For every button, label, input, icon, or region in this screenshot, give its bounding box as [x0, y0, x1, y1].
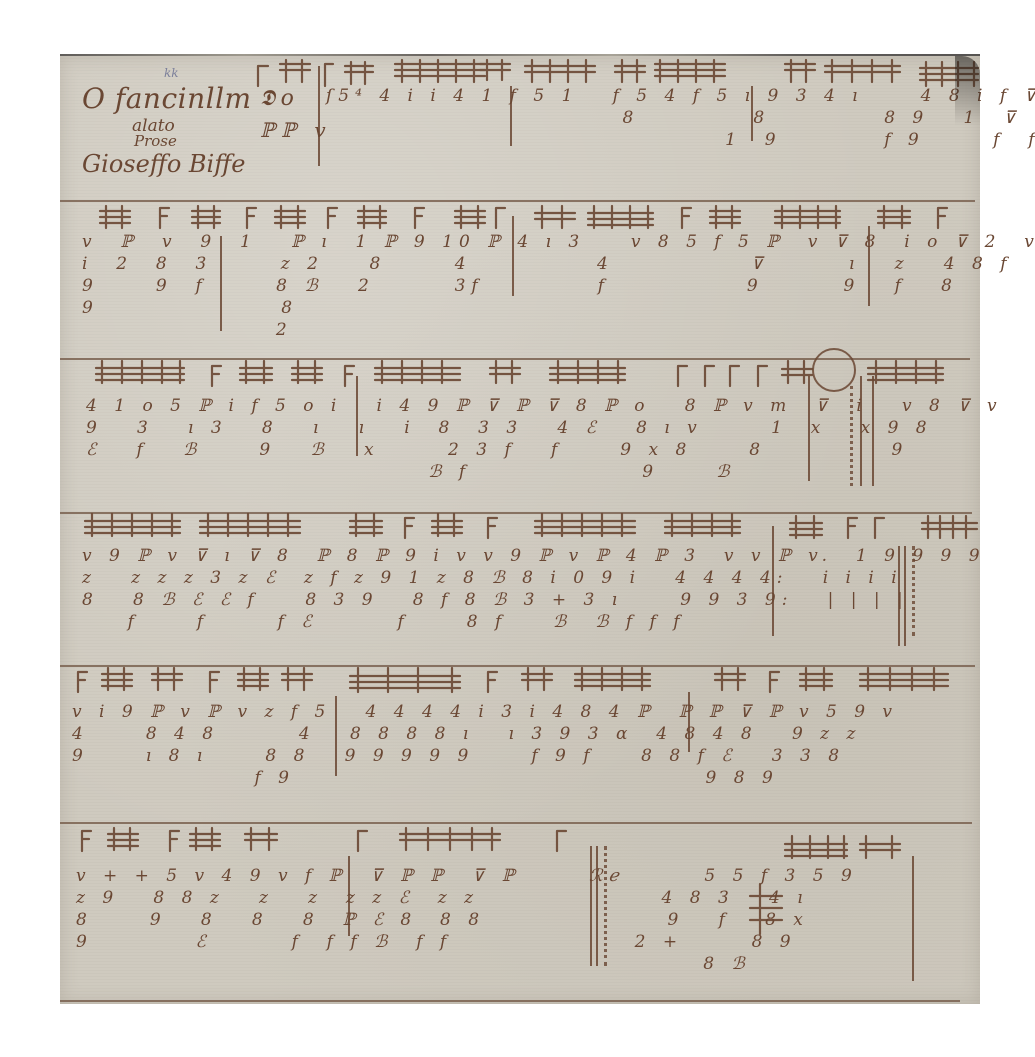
tab-row: 8 ℬ — [76, 954, 751, 974]
tab-row: ℰ f ℬ 9 ℬ x 2 3 f f 9 x 8 8 9 — [86, 440, 908, 460]
system-1-lead-2: ℙℙ v — [260, 118, 332, 142]
tab-row: 8 9 8 8 8 ℙ ℰ 8 8 8 9 f 8 x — [76, 910, 809, 930]
circled-mark — [812, 348, 856, 392]
tab-row: 9 8 — [82, 298, 891, 318]
tab-row: f 9 9 8 9 — [72, 768, 779, 788]
tab-row: 4 1 o 5 ℙ i f 5 o i i 4 9 ℙ ⊽ ℙ ⊽ 8 ℙ o … — [86, 396, 1003, 416]
manuscript-page: kk O fancinllm alato Prose Gioseffo Biff… — [60, 56, 980, 1004]
tab-row: z 9 8 8 z z z z z ℰ z z 4 8 3 4 ı — [76, 888, 809, 908]
tab-row: 9 ı 8 ı 8 8 9 9 9 9 9 f 9 f 8 8 f ℰ 3 3 … — [72, 746, 845, 766]
tab-row: v i 9 ℙ v ℙ v z f 5 4 4 4 4 i 3 i 4 8 4 … — [72, 702, 898, 722]
tab-row: 8 8 8 9 1 ⊽ 8 3 — [326, 108, 1035, 128]
barline — [912, 856, 914, 981]
tab-row: 9 3 ı 3 8 ı ı i 8 3 3 4 ℰ 8 ı v 1 x x 9 … — [86, 418, 933, 438]
tab-row: v + + 5 v 4 9 v f ℙ ⊽ ℙ ℙ ⊽ ℙ ℛℯ 5 5 f 3… — [76, 866, 858, 886]
barline — [318, 66, 320, 166]
tab-row: z z z z 3 z ℰ z f z 9 1 z 8 ℬ 8 i 0 9 i … — [82, 568, 903, 588]
tab-row: f f f ℰ f 8 f ℬ ℬ f f f — [82, 612, 686, 632]
tab-row: ſ5⁴ 4 i i 4 1 f 5 1 f 5 4 f 5 ı 9 3 4 ı … — [326, 86, 1035, 106]
page-curl-shadow — [955, 56, 980, 126]
tab-row: 9 9 f 8 ℬ 2 3f f 9 9 f 8 — [82, 276, 958, 296]
tab-row: 1 9 f 9 f f ℰ — [326, 130, 1035, 150]
rhythm-flags — [60, 56, 980, 1004]
tab-row: 4 8 4 8 4 8 8 8 8 ı ı 3 9 3 α 4 8 4 8 9 … — [72, 724, 861, 744]
tab-row: 2 — [82, 320, 293, 340]
tab-row: 8 8 ℬ ℰ ℰ f 8 3 9 8 f 8 ℬ 3 + 3 ı 9 9 3 … — [82, 590, 909, 610]
tab-row: ℬ f 9 ℬ — [86, 462, 735, 482]
tab-row: i 2 8 3 z 2 8 4 4 ⊽ ı z 4 8 f — [82, 254, 1013, 274]
tab-row: v ℙ v 9 1 ℙ ı 1 ℙ 9 10 ℙ 4 ı 3 v 8 5 f 5… — [82, 232, 1035, 252]
tab-row: v 9 ℙ v ⊽ ı ⊽ 8 ℙ 8 ℙ 9 i v v 9 ℙ v ℙ 4 … — [82, 546, 986, 566]
system-1-lead-1: 𝕯o — [260, 86, 300, 111]
tab-row: 9 ℰ f f f ℬ f f 2 + 8 9 — [76, 932, 797, 952]
